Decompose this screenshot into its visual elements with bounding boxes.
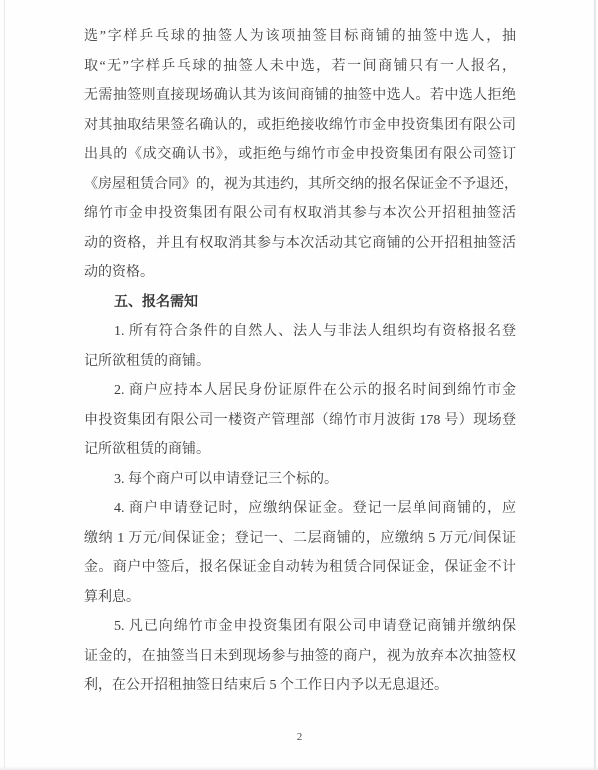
document-page: 选”字样乒乓球的抽签人为该项抽签目标商铺的抽签中选人，抽取“无”字样乒乓球的抽签… <box>0 0 598 770</box>
text-line: 动的资格，并且有权取消其参与本次活动其它商铺的公开招租抽签活 <box>84 229 516 259</box>
scan-edge-left <box>4 0 5 770</box>
text-line: 4. 商户申请登记时，应缴纳保证金。登记一层单间商铺的，应 <box>84 494 516 524</box>
text-line: 无需抽签则直接现场确认其为该间商铺的抽签中选人。若中选人拒绝 <box>84 81 516 111</box>
text-line: 1. 所有符合条件的自然人、法人与非法人组织均有资格报名登 <box>84 317 516 347</box>
text-line: 绵竹市金申投资集团有限公司有权取消其参与本次公开招租抽签活 <box>84 199 516 229</box>
text-line: 对其抽取结果签名确认的，或拒绝接收绵竹市金申投资集团有限公司 <box>84 111 516 141</box>
text-line: 《房屋租赁合同》的，视为其违约，其所交纳的报名保证金不予退还， <box>84 170 516 200</box>
text-line: 选”字样乒乓球的抽签人为该项抽签目标商铺的抽签中选人，抽 <box>84 22 516 52</box>
page-number: 2 <box>84 723 516 753</box>
scan-edge-right <box>594 0 596 770</box>
document-content: 选”字样乒乓球的抽签人为该项抽签目标商铺的抽签中选人，抽取“无”字样乒乓球的抽签… <box>84 22 516 752</box>
text-line: 证金的，在抽签当日未到现场参与抽签的商户，视为放弃本次抽签权 <box>84 642 516 672</box>
document-body: 选”字样乒乓球的抽签人为该项抽签目标商铺的抽签中选人，抽取“无”字样乒乓球的抽签… <box>84 22 516 701</box>
text-line: 动的资格。 <box>84 258 516 288</box>
text-line: 申投资集团有限公司一楼资产管理部（绵竹市月波街 178 号）现场登 <box>84 406 516 436</box>
text-line: 利，在公开招租抽签日结束后 5 个工作日内予以无息退还。 <box>84 671 516 701</box>
text-line: 缴纳 1 万元/间保证金；登记一、二层商铺的，应缴纳 5 万元/间保证 <box>84 524 516 554</box>
text-line: 记所欲租赁的商铺。 <box>84 435 516 465</box>
text-line: 5. 凡已向绵竹市金申投资集团有限公司申请登记商铺并缴纳保 <box>84 612 516 642</box>
text-line: 2. 商户应持本人居民身份证原件在公示的报名时间到绵竹市金 <box>84 376 516 406</box>
text-line: 算利息。 <box>84 583 516 613</box>
section-heading: 五、报名需知 <box>84 288 516 318</box>
text-line: 记所欲租赁的商铺。 <box>84 347 516 377</box>
text-line: 取“无”字样乒乓球的抽签人未中选，若一间商铺只有一人报名， <box>84 52 516 82</box>
text-line: 出具的《成交确认书》，或拒绝与绵竹市金申投资集团有限公司签订 <box>84 140 516 170</box>
scan-edge-bottom <box>0 766 598 770</box>
text-line: 3. 每个商户可以申请登记三个标的。 <box>84 465 516 495</box>
text-line: 金。商户中签后，报名保证金自动转为租赁合同保证金，保证金不计 <box>84 553 516 583</box>
